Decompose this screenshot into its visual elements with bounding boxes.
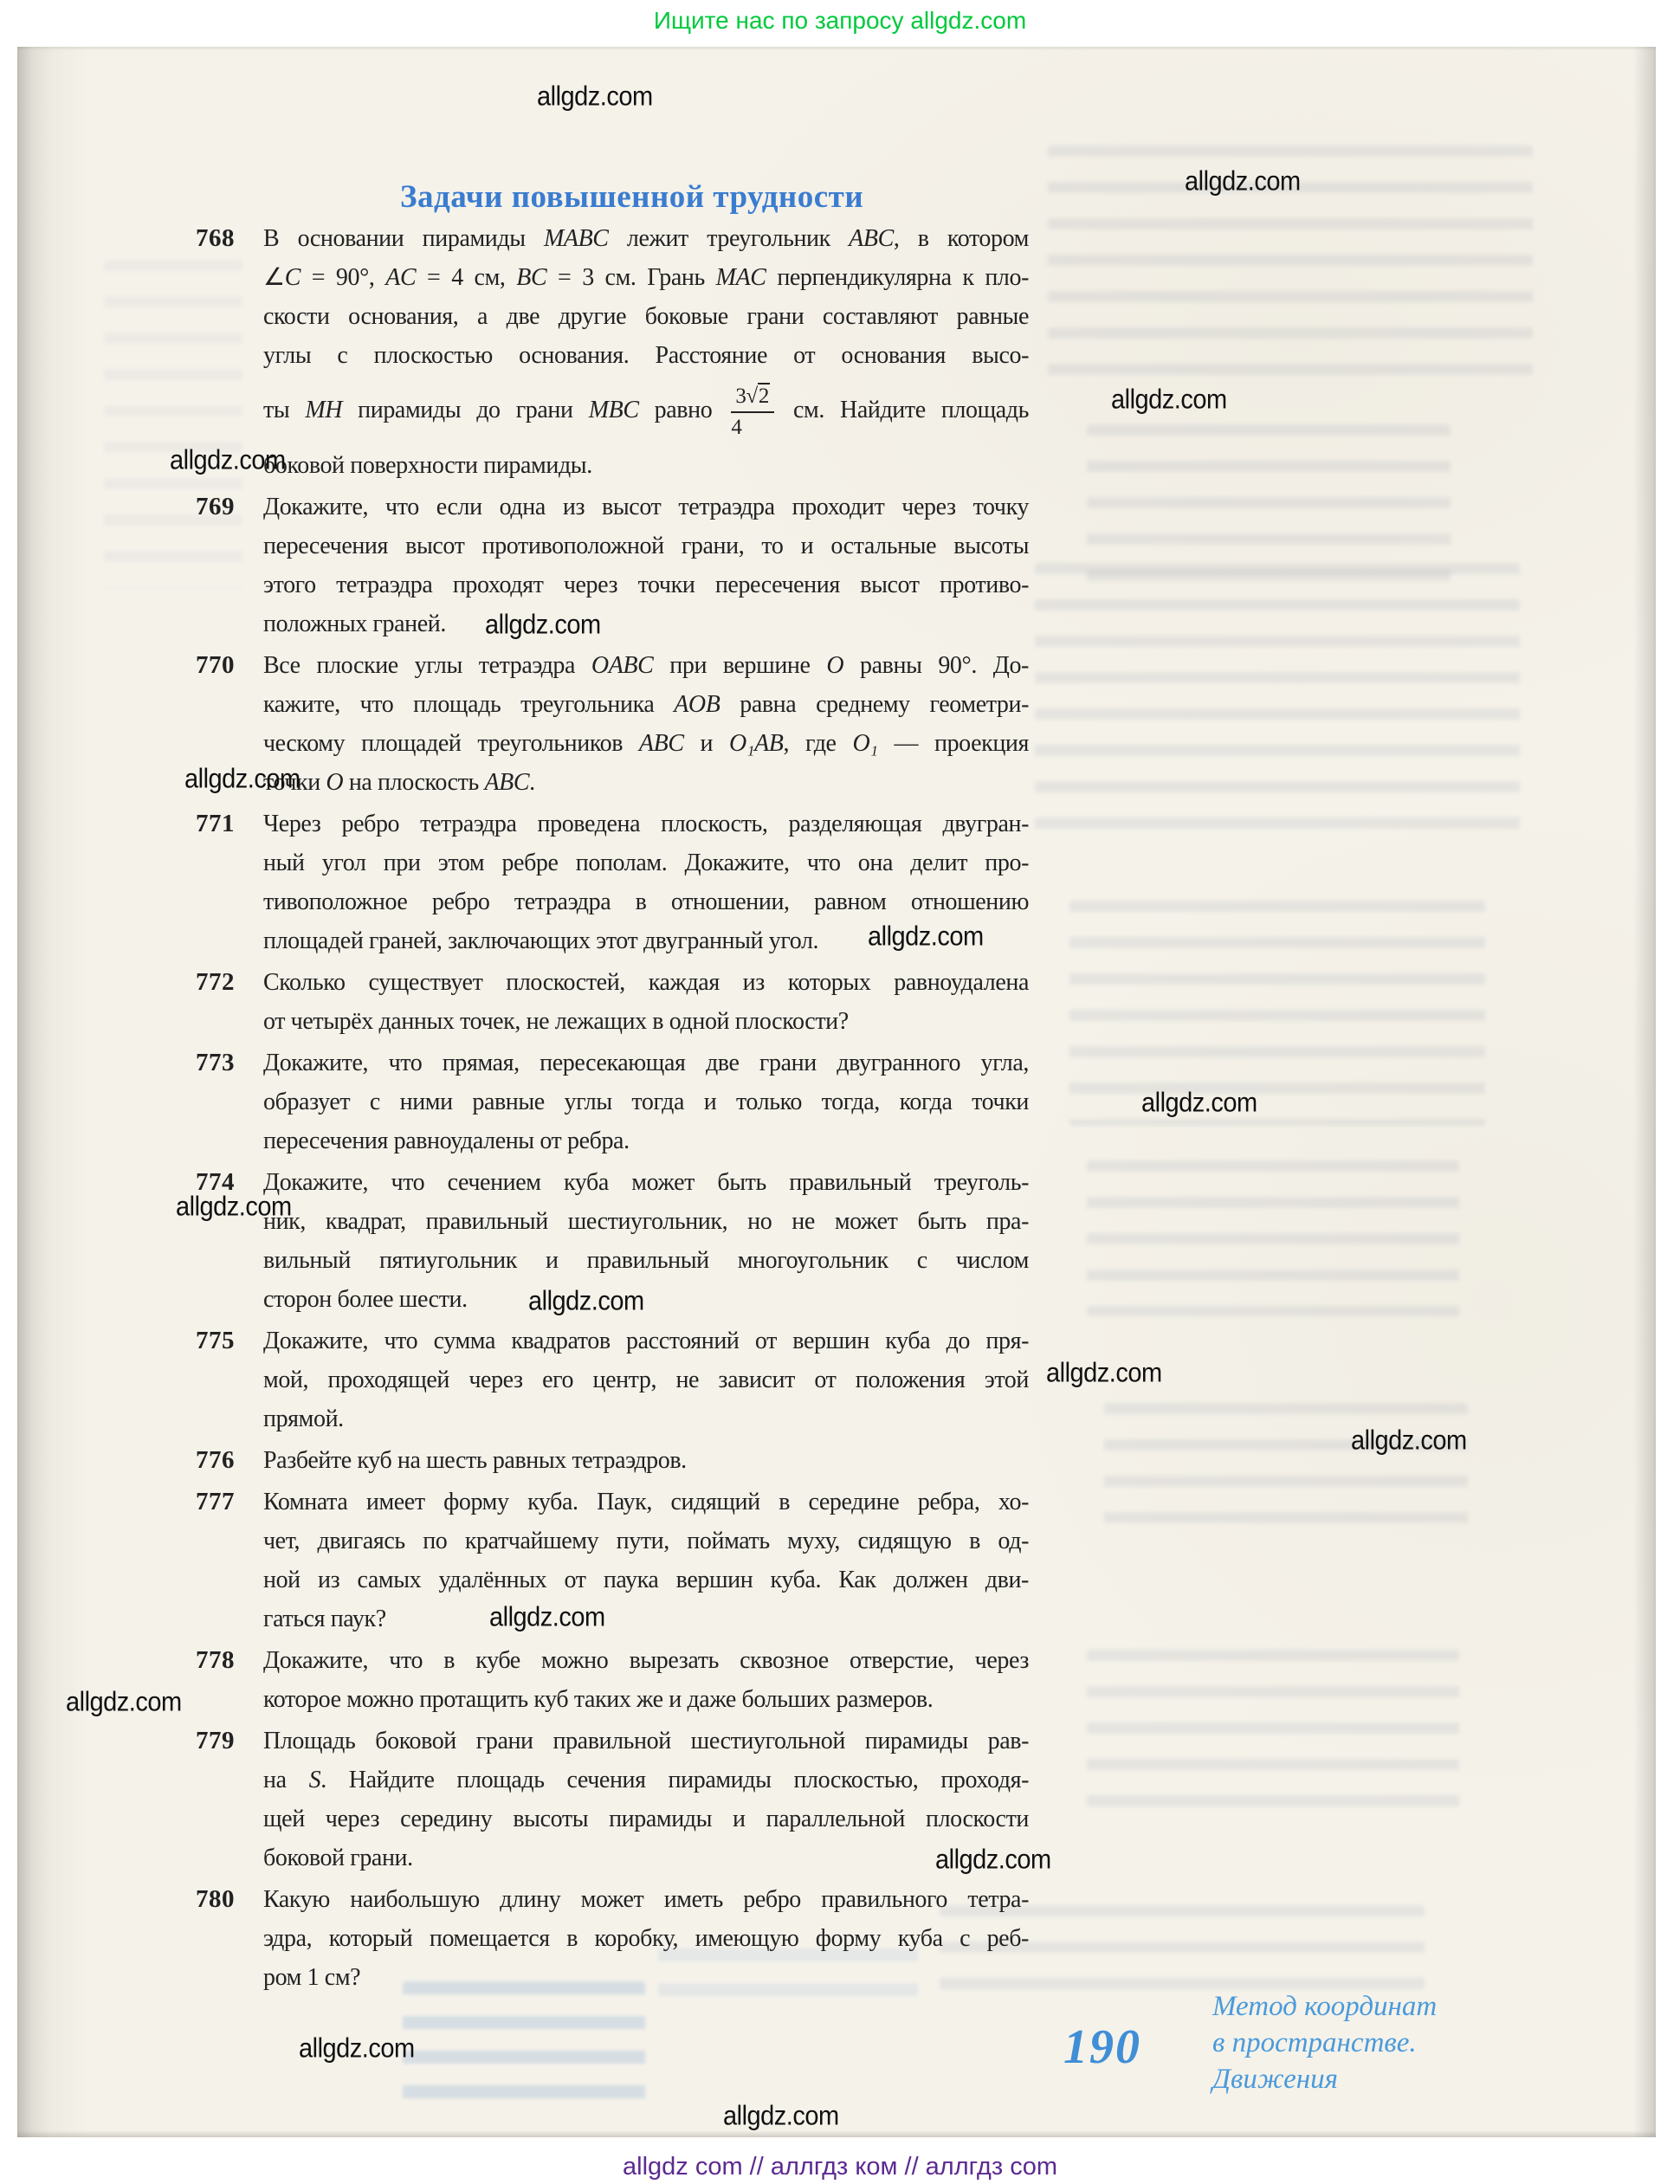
watermark: allgdz.com [170, 446, 286, 477]
next-section-line: Метод координат [1212, 1988, 1576, 2025]
problem-line: Какую наибольшую длину может иметь ребро… [263, 1880, 1029, 1919]
problem-line: ∠C = 90°, AC = 4 см, BC = 3 см. Грань MA… [263, 258, 1029, 297]
problem-row: 778Докажите, что в кубе можно вырезать с… [196, 1641, 1029, 1719]
problem-line: пересечения высот противоположной грани,… [263, 527, 1029, 565]
problem-line: на S. Найдите площадь сечения пирамиды п… [263, 1761, 1029, 1800]
problem-line: Через ребро тетраэдра проведена плоскост… [263, 804, 1029, 843]
problem-line: ром 1 см? [263, 1958, 1029, 1997]
watermark: allgdz.com [1351, 1426, 1467, 1457]
fraction: 3√24 [731, 383, 774, 441]
problem-line: Сколько существует плоскостей, каждая из… [263, 963, 1029, 1002]
problem-line: которое можно протащить куб таких же и д… [263, 1680, 1029, 1719]
watermark: allgdz.com [489, 1603, 605, 1634]
page-right-edge-shadow [1633, 47, 1656, 2137]
problem-line: Докажите, что прямая, пересекающая две г… [263, 1044, 1029, 1082]
problem-line: мой, проходящей через его центр, не зави… [263, 1360, 1029, 1399]
problem-line: Площадь боковой грани правильной шестиуг… [263, 1722, 1029, 1761]
problem-row: 770Все плоские углы тетраэдра OABC при в… [196, 646, 1029, 802]
problem-line: от четырёх данных точек, не лежащих в од… [263, 1002, 1029, 1041]
watermark: allgdz.com [537, 82, 653, 113]
problem-line: щей через середину высоты пирамиды и пар… [263, 1800, 1029, 1838]
problem-text: Докажите, что сечением куба может быть п… [263, 1163, 1029, 1319]
problem-number: 780 [196, 1880, 251, 1919]
problem-number: 768 [196, 219, 251, 258]
problem-row: 773Докажите, что прямая, пересекающая дв… [196, 1044, 1029, 1160]
problem-line: ный угол при этом ребре пополам. Докажит… [263, 843, 1029, 882]
problem-formula-line: ты MH пирамиды до грани MBC равно 3√24 с… [263, 375, 1029, 446]
problem-line: положных граней. [263, 604, 1029, 643]
problem-line: кажите, что площадь треугольника AOB рав… [263, 685, 1029, 724]
book-spine-shadow [17, 47, 91, 2137]
bleed-through-ghost [1087, 1650, 1459, 1823]
problem-row: 776Разбейте куб на шесть равных тетраэдр… [196, 1441, 1029, 1480]
problem-line: боковой поверхности пирамиды. [263, 446, 1029, 485]
watermark: allgdz.com [868, 922, 984, 953]
watermark: allgdz.com [723, 2102, 839, 2133]
problem-line: Докажите, что сечением куба может быть п… [263, 1163, 1029, 1202]
problem-line: эдра, который помещается в коробку, имею… [263, 1919, 1029, 1958]
problem-row: 772Сколько существует плоскостей, каждая… [196, 963, 1029, 1041]
problem-line: Докажите, что в кубе можно вырезать скво… [263, 1641, 1029, 1680]
problem-line: Комната имеет форму куба. Паук, сидящий … [263, 1483, 1029, 1522]
problem-text: Какую наибольшую длину может иметь ребро… [263, 1880, 1029, 1997]
problem-number: 772 [196, 963, 251, 1002]
bleed-through-ghost [1104, 1403, 1468, 1541]
top-promo-banner: Ищите нас по запросу allgdz.com [654, 7, 1026, 35]
problem-line: образует с ними равные углы тогда и толь… [263, 1082, 1029, 1121]
problem-number: 779 [196, 1722, 251, 1761]
problem-line: скости основания, а две другие боковые г… [263, 297, 1029, 336]
problem-line: пересечения равноудалены от ребра. [263, 1121, 1029, 1160]
fraction-denominator: 4 [731, 413, 774, 441]
problem-number: 777 [196, 1483, 251, 1522]
problem-line: тивоположное ребро тетраэдра в отношении… [263, 882, 1029, 921]
page-number: 190 [1063, 2019, 1141, 2075]
problem-text: Площадь боковой грани правильной шестиуг… [263, 1722, 1029, 1877]
problem-text: Разбейте куб на шесть равных тетраэдров. [263, 1441, 1029, 1480]
watermark: allgdz.com [1141, 1089, 1257, 1120]
problem-line: вильный пятиугольник и правильный многоу… [263, 1241, 1029, 1280]
problem-line: чет, двигаясь по кратчайшему пути, пойма… [263, 1522, 1029, 1560]
problem-number: 778 [196, 1641, 251, 1680]
problems-section: Задачи повышенной трудности 768В основан… [196, 178, 1029, 2000]
problem-number: 769 [196, 488, 251, 527]
watermark: allgdz.com [1046, 1359, 1162, 1390]
next-section-line: в пространстве. [1212, 2025, 1576, 2061]
watermark: allgdz.com [528, 1287, 644, 1318]
fraction-numerator: 3√2 [731, 383, 774, 412]
problem-line: ческому площадей треугольников ABC и O₁A… [263, 724, 1029, 763]
bleed-through-ghost [1035, 563, 1520, 849]
watermark: allgdz.com [299, 2034, 415, 2065]
problem-line: Все плоские углы тетраэдра OABC при верш… [263, 646, 1029, 685]
problem-line: прямой. [263, 1399, 1029, 1438]
problem-row: 777Комната имеет форму куба. Паук, сидящ… [196, 1483, 1029, 1638]
bleed-through-ghost [1087, 1160, 1459, 1316]
problem-row: 780Какую наибольшую длину может иметь ре… [196, 1880, 1029, 1997]
problem-text: Сколько существует плоскостей, каждая из… [263, 963, 1029, 1041]
bleed-through-ghost [1069, 901, 1485, 1126]
problem-row: 775Докажите, что сумма квадратов расстоя… [196, 1321, 1029, 1438]
problem-row: 779Площадь боковой грани правильной шест… [196, 1722, 1029, 1877]
watermark: allgdz.com [1111, 385, 1227, 417]
problem-text: В основании пирамиды MABC лежит треуголь… [263, 219, 1029, 485]
next-section-title: Метод координат в пространстве. Движения [1212, 1988, 1576, 2097]
problem-text: Комната имеет форму куба. Паук, сидящий … [263, 1483, 1029, 1638]
problem-row: 769Докажите, что если одна из высот тетр… [196, 488, 1029, 643]
bleed-through-ghost [403, 1981, 645, 2103]
problem-line: точки O на плоскость ABC. [263, 763, 1029, 802]
scanned-textbook-page: { "page": { "top_banner": "Ищите нас по … [0, 0, 1680, 2184]
problem-line: этого тетраэдра проходят через точки пер… [263, 565, 1029, 604]
problem-line: ник, квадрат, правильный шестиугольник, … [263, 1202, 1029, 1241]
problem-text: Докажите, что если одна из высот тетраэд… [263, 488, 1029, 643]
watermark: allgdz.com [1185, 167, 1301, 198]
problem-line: Разбейте куб на шесть равных тетраэдров. [263, 1441, 1029, 1480]
problem-line: углы с плоскостью основания. Расстояние … [263, 336, 1029, 375]
problem-line: Докажите, что сумма квадратов расстояний… [263, 1321, 1029, 1360]
section-heading: Задачи повышенной трудности [400, 178, 1029, 216]
problem-number: 770 [196, 646, 251, 685]
problem-number: 773 [196, 1044, 251, 1082]
problem-number: 775 [196, 1321, 251, 1360]
problems-list: 768В основании пирамиды MABC лежит треуг… [196, 219, 1029, 1997]
problem-text: Все плоские углы тетраэдра OABC при верш… [263, 646, 1029, 802]
watermark: allgdz.com [485, 611, 601, 642]
problem-text: Докажите, что в кубе можно вырезать скво… [263, 1641, 1029, 1719]
problem-number: 776 [196, 1441, 251, 1480]
problem-line: боковой грани. [263, 1838, 1029, 1877]
problem-row: 768В основании пирамиды MABC лежит треуг… [196, 219, 1029, 485]
problem-number: 771 [196, 804, 251, 843]
problem-text: Докажите, что сумма квадратов расстояний… [263, 1321, 1029, 1438]
problem-line: сторон более шести. [263, 1280, 1029, 1319]
watermark: allgdz.com [176, 1192, 292, 1224]
watermark: allgdz.com [66, 1688, 182, 1719]
problem-line: Докажите, что если одна из высот тетраэд… [263, 488, 1029, 527]
problem-line: гаться паук? [263, 1599, 1029, 1638]
problem-text: Докажите, что прямая, пересекающая две г… [263, 1044, 1029, 1160]
watermark: allgdz.com [935, 1845, 1051, 1877]
bottom-site-line: allgdz com // аллгдз ком // аллгдз com [623, 2153, 1057, 2181]
problem-line: В основании пирамиды MABC лежит треуголь… [263, 219, 1029, 258]
next-section-line: Движения [1212, 2061, 1576, 2097]
watermark: allgdz.com [184, 765, 300, 796]
problem-line: ной из самых удалённых от паука вершин к… [263, 1560, 1029, 1599]
